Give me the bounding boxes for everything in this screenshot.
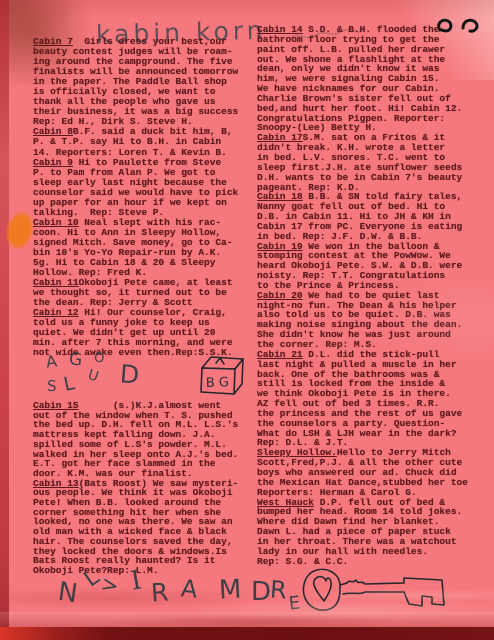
- pencil-letter: D: [119, 361, 140, 387]
- svg-text:B G: B G: [206, 375, 230, 391]
- entry-text: S.D. & B.H. flooded the bathroom floor t…: [257, 24, 462, 133]
- pencil-letter: M: [218, 576, 242, 603]
- cabin-entry: Cabin 19 We won in the balloon & stompin…: [257, 242, 485, 291]
- cabin-entry: Cabin 14 S.D. & B.H. flooded the bathroo…: [257, 25, 485, 133]
- box-doodle-icon: B G: [194, 353, 248, 399]
- column-right: Cabin 14 S.D. & B.H. flooded the bathroo…: [257, 25, 485, 566]
- cabin-entry: Sleepy Hollow.Hello to Jerry Mitch Scott…: [257, 448, 485, 497]
- cabin-entry: Cabin 11Okoboji Pete came, at least we t…: [33, 278, 238, 308]
- pencil-letter: U: [86, 368, 100, 384]
- entry-text: Girls dress your best,our beauty contest…: [33, 36, 238, 127]
- cabin-entry: Cabin 17S.M. sat on a Fritos & it didn't…: [257, 133, 485, 192]
- pencil-letter: N: [56, 579, 79, 607]
- entry-text: (Bats Roost) We saw mysteri- ous people.…: [33, 478, 238, 576]
- cabin-entry: Cabin 7 Girls dress your best,our beauty…: [33, 37, 238, 127]
- entry-text: We had to be quiet last night-no fun. Th…: [257, 290, 462, 350]
- pencil-letter: L: [62, 374, 76, 395]
- pencil-letter: D: [251, 579, 271, 605]
- pencil-letter: R: [269, 577, 287, 602]
- cabin-entry: Cabin 12 Hi! Our counselor, Craig, told …: [33, 308, 238, 358]
- pencil-letter: R: [150, 579, 169, 605]
- newsletter-page: kabin korn Cabin 7 Girls dress your best…: [0, 0, 494, 640]
- entry-text: D.P. fell out of bed & bumped her head. …: [257, 497, 462, 567]
- entry-text: D.L. did the stick-pull last night & pul…: [257, 349, 462, 449]
- pencil-letter: A: [180, 576, 199, 602]
- entry-text: S.M. sat on a Fritos & it didn't break. …: [257, 132, 462, 192]
- paper-edge-left: [0, 0, 9, 640]
- column-left-bottom: Cabin 15 (s.)K.J.almost went out of the …: [33, 401, 238, 576]
- paper-bottom-edge: [0, 627, 494, 640]
- cabin-entry: Cabin 9 Hi to Paulette from Steve P. to …: [33, 158, 238, 218]
- pencil-letter: >: [99, 573, 121, 597]
- entry-text: Hi to Paulette from Steve P. to Pam from…: [33, 157, 238, 218]
- column-left-top: Cabin 7 Girls dress your best,our beauty…: [33, 37, 238, 359]
- cabin-entry: Cabin 20 We had to be quiet last night-n…: [257, 291, 485, 350]
- key-doodle-icon: [298, 562, 458, 620]
- entry-text: Neal slept with his rac- coon. Hi to Ann…: [33, 217, 233, 278]
- cabin-entry: Cabin 21 D.L. did the stick-pull last ni…: [257, 350, 485, 448]
- pencil-letter: S: [47, 379, 57, 394]
- cabin-entry: Cabin 10 Neal slept with his rac- coon. …: [33, 218, 238, 278]
- cabin-entry: West Hauck D.P. fell out of bed & bumped…: [257, 498, 485, 567]
- cabin-entry: Cabin 15 (s.)K.J.almost went out of the …: [33, 401, 238, 479]
- entry-text: (s.)K.J.almost went out of the window wh…: [33, 400, 238, 479]
- cabin-entry: Cabin 18 B.B. & SN told fairy tales, Nan…: [257, 192, 485, 241]
- cabin-entry: Cabin 13(Bats Roost) We saw mysteri- ous…: [33, 479, 238, 576]
- cabin-entry: Cabin 8B.F. said a duck bit him, B, P. &…: [33, 127, 238, 157]
